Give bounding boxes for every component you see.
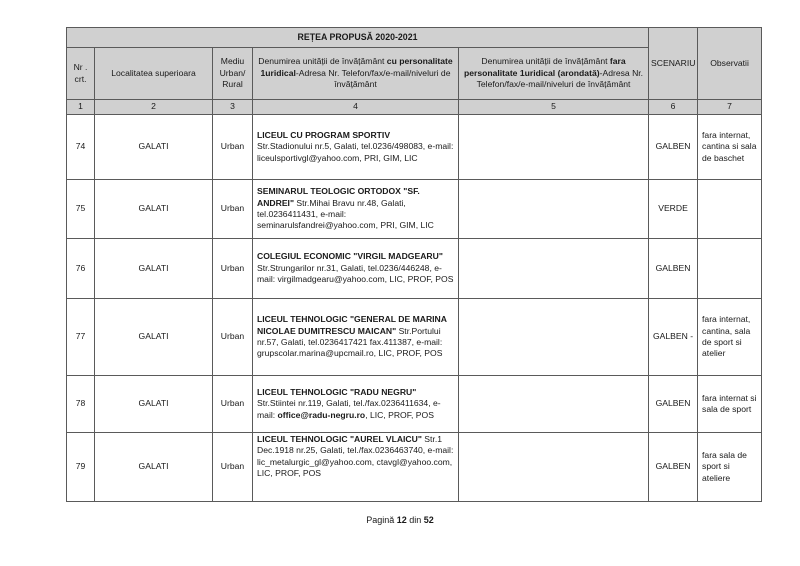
school-details: Str.Strungarilor nr.31, Galati, tel.0236… — [257, 263, 453, 284]
header-text: -Adresa Nr. Telefon/fax/e-mail/niveluri … — [296, 68, 451, 89]
footer-label: din — [407, 515, 424, 525]
row-mediu: Urban — [213, 299, 253, 376]
row-mediu: Urban — [213, 115, 253, 180]
row-scenariu: GALBEN — [649, 376, 698, 433]
row-nr: 79 — [67, 433, 95, 502]
school-email: office@radu-negru.ro — [278, 410, 366, 420]
table-row: 77 GALATI Urban LICEUL TEHNOLOGIC "GENER… — [67, 299, 762, 376]
row-arondata — [459, 239, 649, 299]
row-nr: 76 — [67, 239, 95, 299]
school-details: Str.Stadionului nr.5, Galati, tel.0236/4… — [257, 141, 453, 162]
row-school-description: SEMINARUL TEOLOGIC ORTODOX "SF. ANDREI" … — [253, 180, 459, 239]
table-title: REȚEA PROPUSĂ 2020-2021 — [67, 28, 649, 48]
column-number-row: 1 2 3 4 5 6 7 — [67, 100, 762, 115]
table-row: 76 GALATI Urban COLEGIUL ECONOMIC "VIRGI… — [67, 239, 762, 299]
table-row: 74 GALATI Urban LICEUL CU PROGRAM SPORTI… — [67, 115, 762, 180]
header-with-legal-personality: Denumirea unității de învățământ cu pers… — [253, 48, 459, 100]
table-row: 79 GALATI Urban LICEUL TEHNOLOGIC "AUREL… — [67, 433, 762, 502]
column-number: 2 — [95, 100, 213, 115]
school-name: LICEUL TEHNOLOGIC "RADU NEGRU" — [257, 387, 416, 397]
column-number: 5 — [459, 100, 649, 115]
row-mediu: Urban — [213, 180, 253, 239]
row-arondata — [459, 376, 649, 433]
column-number: 4 — [253, 100, 459, 115]
header-nr: Nr . crt. — [67, 48, 95, 100]
row-scenariu: GALBEN — [649, 433, 698, 502]
row-arondata — [459, 433, 649, 502]
row-school-description: LICEUL TEHNOLOGIC "GENERAL DE MARINA NIC… — [253, 299, 459, 376]
row-observatii: fara internat, cantina, sala de sport si… — [698, 299, 762, 376]
header-observatii: Observatii — [698, 28, 762, 100]
row-scenariu: GALBEN — [649, 239, 698, 299]
total-pages-number: 52 — [424, 515, 434, 525]
row-observatii — [698, 239, 762, 299]
row-observatii: fara internat, cantina si sala de basche… — [698, 115, 762, 180]
row-localitate: GALATI — [95, 299, 213, 376]
school-name: COLEGIUL ECONOMIC "VIRGIL MADGEARU" — [257, 251, 443, 261]
row-localitate: GALATI — [95, 433, 213, 502]
school-name: LICEUL CU PROGRAM SPORTIV — [257, 130, 390, 140]
header-scenariu: SCENARIU — [649, 28, 698, 100]
column-number: 6 — [649, 100, 698, 115]
table-row: 78 GALATI Urban LICEUL TEHNOLOGIC "RADU … — [67, 376, 762, 433]
row-school-description: LICEUL TEHNOLOGIC "AUREL VLAICU" Str.1 D… — [253, 433, 459, 502]
header-localitate: Localitatea superioara — [95, 48, 213, 100]
row-localitate: GALATI — [95, 115, 213, 180]
row-nr: 74 — [67, 115, 95, 180]
row-mediu: Urban — [213, 239, 253, 299]
row-school-description: LICEUL TEHNOLOGIC "RADU NEGRU" Str.Stiin… — [253, 376, 459, 433]
row-arondata — [459, 180, 649, 239]
row-nr: 77 — [67, 299, 95, 376]
column-number: 1 — [67, 100, 95, 115]
row-observatii — [698, 180, 762, 239]
row-scenariu: GALBEN - — [649, 299, 698, 376]
row-nr: 78 — [67, 376, 95, 433]
row-mediu: Urban — [213, 433, 253, 502]
row-school-description: COLEGIUL ECONOMIC "VIRGIL MADGEARU" Str.… — [253, 239, 459, 299]
footer-label: Pagină — [366, 515, 397, 525]
header-mediu: Mediu Urban/ Rural — [213, 48, 253, 100]
row-observatii: fara sala de sport si ateliere — [698, 433, 762, 502]
row-arondata — [459, 115, 649, 180]
row-arondata — [459, 299, 649, 376]
header-text: Denumirea unității de învățământ — [258, 56, 387, 66]
table-row: 75 GALATI Urban SEMINARUL TEOLOGIC ORTOD… — [67, 180, 762, 239]
page-footer: Pagină 12 din 52 — [0, 515, 800, 525]
school-network-table: REȚEA PROPUSĂ 2020-2021 SCENARIU Observa… — [66, 27, 762, 502]
row-localitate: GALATI — [95, 376, 213, 433]
school-details-tail: , LIC, PROF, POS — [365, 410, 434, 420]
column-number: 7 — [698, 100, 762, 115]
row-scenariu: VERDE — [649, 180, 698, 239]
row-scenariu: GALBEN — [649, 115, 698, 180]
column-number: 3 — [213, 100, 253, 115]
row-school-description: LICEUL CU PROGRAM SPORTIVStr.Stadionului… — [253, 115, 459, 180]
row-localitate: GALATI — [95, 180, 213, 239]
school-name: LICEUL TEHNOLOGIC "AUREL VLAICU" — [257, 434, 422, 444]
header-without-legal-personality: Denumirea unității de învățământ fara pe… — [459, 48, 649, 100]
row-localitate: GALATI — [95, 239, 213, 299]
header-text: Denumirea unității de învățământ — [481, 56, 610, 66]
row-mediu: Urban — [213, 376, 253, 433]
current-page-number: 12 — [397, 515, 407, 525]
row-nr: 75 — [67, 180, 95, 239]
row-observatii: fara internat si sala de sport — [698, 376, 762, 433]
